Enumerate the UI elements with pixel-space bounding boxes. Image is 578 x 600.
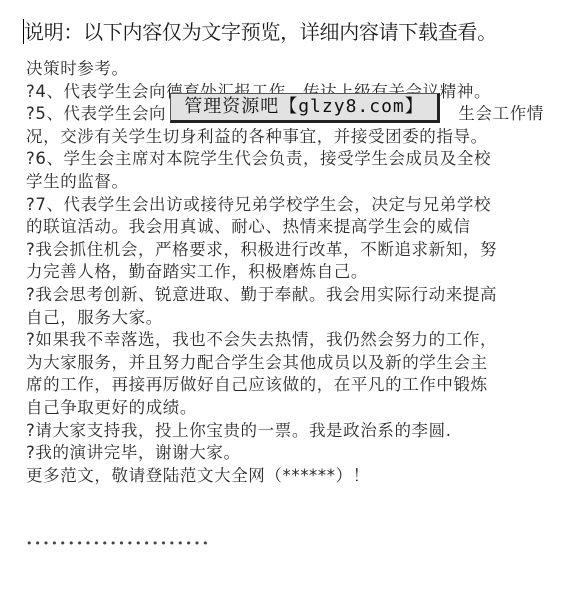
text-line: 自己，服务大家。 xyxy=(26,307,566,330)
text-line: 力完善人格，勤奋踏实工作，积极磨炼自己。 xyxy=(26,261,566,284)
text-line: ?我的演讲完毕，谢谢大家。 xyxy=(26,442,566,465)
text-line: ?请大家支持我，投上你宝贵的一票。我是政治系的李圆. xyxy=(26,420,566,443)
text-line: 为大家服务，并且努力配合学生会其他成员以及新的学生会主 xyxy=(26,352,566,375)
text-line: 的联谊活动。我会用真诚、耐心、热情来提高学生会的威信 xyxy=(26,216,566,239)
text-line: 况，交涉有关学生切身利益的各种事宜，并接受团委的指导。 xyxy=(26,126,566,149)
text-line: 更多范文，敬请登陆范文大全网（******）！ xyxy=(26,465,566,488)
text-line: ?我会思考创新、锐意进取、勤于奉献。我会用实际行动来提高 xyxy=(26,284,566,307)
text-line: 决策时参考。 xyxy=(26,58,566,81)
text-line: ?6、学生会主席对本院学生代会负责，接受学生会成员及全校 xyxy=(26,148,566,171)
text-line: 自己争取更好的成绩。 xyxy=(26,397,566,420)
text-line: 学生的监督。 xyxy=(26,171,566,194)
dotted-separator: •••••••••••••••••••••• xyxy=(26,539,211,549)
text-line: ?7、代表学生会出访或接待兄弟学校学生会，决定与兄弟学校 xyxy=(26,194,566,217)
text-line: 席的工作，再接再厉做好自己应该做的，在平凡的工作中锻炼 xyxy=(26,374,566,397)
preview-notice-header: 说明：以下内容仅为文字预览，详细内容请下载查看。 xyxy=(24,18,497,46)
watermark-banner: 管理资源吧【glzy8.com】 xyxy=(170,93,440,123)
text-line: ?如果我不幸落选，我也不会失去热情，我仍然会努力的工作， xyxy=(26,329,566,352)
text-line: ?我会抓住机会，严格要求，积极进行改革，不断追求新知，努 xyxy=(26,239,566,262)
